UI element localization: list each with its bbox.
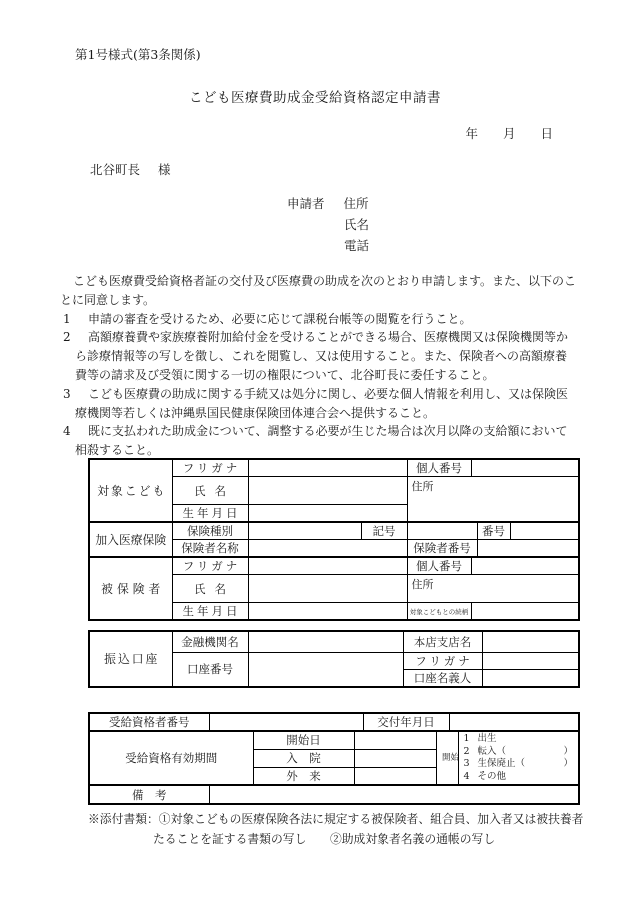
reason-close-paren: ） [563, 746, 573, 759]
bank-name-input [248, 631, 403, 652]
child-group-label: 対象こども [89, 459, 172, 522]
agreement-intro-line1: こども医療費受給資格者証の交付及び医療費の助成を次のとおり申請します。また、以下… [60, 272, 582, 291]
reason-number: 1 [464, 733, 478, 746]
insurance-section: 加入医療保険 保険種別 記号 番号 保険者名称 保険者番号 [88, 523, 580, 558]
recipient-number-input [209, 713, 363, 731]
agreement-item-2-cont: 費等の請求及び受領に関する一切の権限について、北谷町長に委任すること。 [60, 366, 582, 385]
holder-furigana-label: フリガナ [403, 652, 482, 669]
addressee-name: 北谷町長 [90, 162, 140, 177]
insurance-number-label: 番号 [477, 523, 510, 540]
bank-account-section: 振込口座 金融機関名 本店支店名 口座番号 フリガナ 口座名義人 [88, 630, 580, 688]
child-name-input [248, 477, 407, 505]
insurance-number-input [510, 523, 579, 540]
account-number-input [248, 652, 403, 687]
insured-name-input [248, 575, 407, 603]
start-date-input [354, 732, 436, 749]
eligibility-table: 受給資格者番号 交付年月日 受給資格有効期間 開始日 開始理由 1出生 2転入（… [88, 712, 578, 805]
issue-date-label: 交付年月日 [363, 713, 449, 731]
insured-person-section: 被保険者 フリガナ 個人番号 氏名 住所 生年月日 対象こどもとの続柄 [88, 558, 580, 621]
reason-option-1: 1出生 [464, 733, 574, 746]
applicant-block: 申請者住所 氏名 電話 [287, 193, 369, 256]
agreement-item-2-cont: ら診療情報等の写しを徴し、これを閲覧し、又は使用すること。また、保険者への高額療… [60, 347, 582, 366]
child-furigana-input [248, 459, 407, 477]
account-number-label: 口座番号 [172, 652, 248, 687]
form-number: 第1号様式(第3条関係) [75, 45, 201, 63]
main-info-table: 対象こども フリガナ 個人番号 氏名 住所 生年月日 加入医療保険 保険種別 [88, 458, 578, 621]
reason-text: 転入（ [478, 746, 507, 759]
reason-close-paren: ） [563, 758, 573, 771]
applicant-phone-label: 電話 [344, 235, 369, 256]
holder-furigana-input [482, 652, 579, 669]
item-number: 1 [63, 310, 88, 329]
relationship-label: 対象こどもとの続柄 [407, 603, 471, 621]
inpatient-label: 入 院 [253, 749, 354, 767]
insured-personal-number-label: 個人番号 [407, 558, 471, 575]
bank-account-table: 振込口座 金融機関名 本店支店名 口座番号 フリガナ 口座名義人 [88, 630, 578, 688]
attachment-note-line2: たることを証する書類の写し ②助成対象者名義の通帳の写し [88, 830, 583, 850]
start-reason-label: 開始理由 [442, 753, 452, 764]
attachment-note: ※添付書類：①対象こどもの医療保険各法に規定する被保険者、組合員、加入者又は被扶… [88, 810, 583, 849]
agreement-text: こども医療費受給資格者証の交付及び医療費の助成を次のとおり申請します。また、以下… [60, 272, 582, 460]
insured-furigana-input [248, 558, 407, 575]
attachment-note-line1: ※添付書類：①対象こどもの医療保険各法に規定する被保険者、組合員、加入者又は被扶… [88, 810, 583, 830]
reason-number: 4 [464, 771, 478, 784]
application-form-page: 第1号様式(第3条関係) こども医療費助成金受給資格認定申請書 年 月 日 北谷… [0, 0, 630, 903]
child-address-cell: 住所 [407, 477, 579, 523]
applicant-name-label: 氏名 [344, 214, 369, 235]
page-title: こども医療費助成金受給資格認定申請書 [0, 86, 630, 106]
applicant-address-label: 住所 [344, 196, 369, 211]
child-personal-number-label: 個人番号 [407, 459, 471, 477]
insured-name-label: 氏名 [172, 575, 248, 603]
item-number: 4 [63, 422, 88, 441]
account-group-label: 振込口座 [89, 631, 172, 687]
outpatient-input [354, 767, 436, 785]
issue-date-input [449, 713, 579, 731]
reason-option-4: 4その他 [464, 771, 574, 784]
recipient-number-label: 受給資格者番号 [89, 713, 209, 731]
insured-group-label: 被保険者 [89, 558, 172, 620]
insurance-group-label: 加入医療保険 [89, 523, 172, 557]
valid-period-label: 受給資格有効期間 [89, 732, 253, 785]
reason-number: 3 [464, 758, 478, 771]
agreement-item-4: 4既に支払われた助成金について、調整する必要が生じた場合は次月以降の支給額におい… [60, 422, 582, 441]
insurance-type-label: 保険種別 [172, 523, 248, 540]
child-section: 対象こども フリガナ 個人番号 氏名 住所 生年月日 [88, 458, 580, 523]
start-date-label: 開始日 [253, 732, 354, 749]
insured-personal-number-input [471, 558, 579, 575]
item-number: 3 [63, 385, 88, 404]
item-text: 申請の審査を受けるため、必要に応じて課税台帳等の閲覧を行うこと。 [88, 312, 472, 326]
remarks-section: 備 考 [88, 786, 580, 805]
addressee-line: 北谷町長様 [90, 160, 171, 178]
bank-name-label: 金融機関名 [172, 631, 248, 652]
agreement-item-3-cont: 療機関等若しくは沖縄県国民健康保険団体連合会へ提供すること。 [60, 404, 582, 423]
insurance-type-input [248, 523, 361, 540]
insurance-symbol-input [407, 523, 477, 540]
remarks-input [209, 786, 579, 804]
holder-name-input [482, 669, 579, 687]
child-birthdate-label: 生年月日 [172, 505, 248, 523]
insurer-name-input [248, 540, 407, 558]
addressee-honorific: 様 [158, 162, 171, 177]
start-reason-options-cell: 1出生 2転入（） 3生保廃止（） 4その他 [458, 732, 579, 785]
item-text: 高額療養費や家族療養附加給付金を受けることができる場合、医療機関又は保険機関等か [88, 330, 568, 344]
insured-address-cell: 住所 [407, 575, 579, 603]
agreement-item-3: 3こども医療費の助成に関する手続又は処分に関し、必要な個人情報を利用し、又は保険… [60, 385, 582, 404]
outpatient-label: 外 来 [253, 767, 354, 785]
start-reason-header-cell: 開始理由 [436, 732, 458, 785]
reason-option-3: 3生保廃止（） [464, 758, 574, 771]
child-personal-number-input [471, 459, 579, 477]
reason-text: 生保廃止（ [478, 758, 526, 771]
child-birthdate-input [248, 505, 407, 523]
child-furigana-label: フリガナ [172, 459, 248, 477]
inpatient-input [354, 749, 436, 767]
holder-name-label: 口座名義人 [403, 669, 482, 687]
branch-name-label: 本店支店名 [403, 631, 482, 652]
insured-furigana-label: フリガナ [172, 558, 248, 575]
reason-text: 出生 [478, 733, 497, 746]
insurance-symbol-label: 記号 [361, 523, 407, 540]
applicant-row-address: 申請者住所 [287, 193, 369, 214]
recipient-number-section: 受給資格者番号 交付年月日 [88, 712, 580, 732]
reason-text: その他 [478, 771, 507, 784]
insured-birthdate-input [248, 603, 407, 621]
valid-period-section: 受給資格有効期間 開始日 開始理由 1出生 2転入（） 3生保廃止（） 4その他… [88, 732, 580, 786]
reason-option-2: 2転入（） [464, 746, 574, 759]
insured-birthdate-label: 生年月日 [172, 603, 248, 621]
remarks-label: 備 考 [89, 786, 209, 804]
insurer-number-label: 保険者番号 [407, 540, 477, 558]
insurer-number-input [477, 540, 579, 558]
item-text: こども医療費の助成に関する手続又は処分に関し、必要な個人情報を利用し、又は保険医 [88, 387, 568, 401]
applicant-label: 申請者 [287, 196, 325, 211]
relationship-input [471, 603, 579, 621]
item-text: 既に支払われた助成金について、調整する必要が生じた場合は次月以降の支給額において [88, 424, 568, 438]
agreement-item-1: 1申請の審査を受けるため、必要に応じて課税台帳等の閲覧を行うこと。 [60, 310, 582, 329]
agreement-intro-line2: とに同意します。 [60, 291, 582, 310]
item-number: 2 [63, 328, 88, 347]
branch-name-input [482, 631, 579, 652]
child-name-label: 氏名 [172, 477, 248, 505]
agreement-item-2: 2高額療養費や家族療養附加給付金を受けることができる場合、医療機関又は保険機関等… [60, 328, 582, 347]
insurer-name-label: 保険者名称 [172, 540, 248, 558]
reason-number: 2 [464, 746, 478, 759]
date-line: 年 月 日 [465, 124, 553, 142]
